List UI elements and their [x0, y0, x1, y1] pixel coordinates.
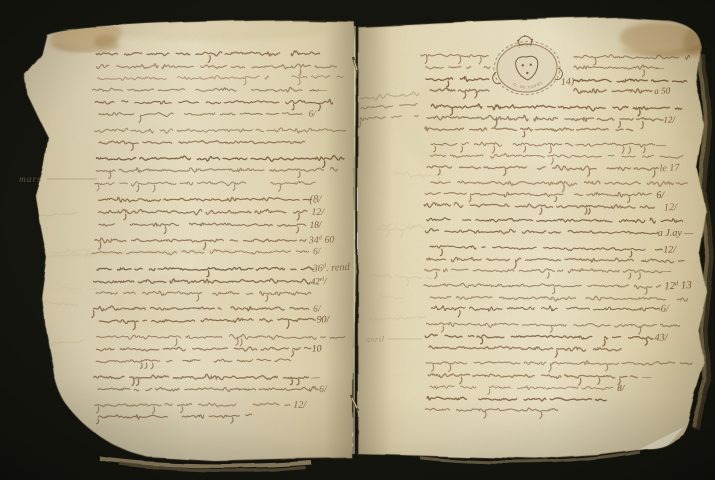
- photo-vignette: [0, 0, 715, 480]
- manuscript-photo: —6/(8/12/18/34d 606/36d. rend42el/6/90/1…: [0, 0, 715, 480]
- manuscript-scene: —6/(8/12/18/34d 606/36d. rend42el/6/90/1…: [0, 0, 715, 480]
